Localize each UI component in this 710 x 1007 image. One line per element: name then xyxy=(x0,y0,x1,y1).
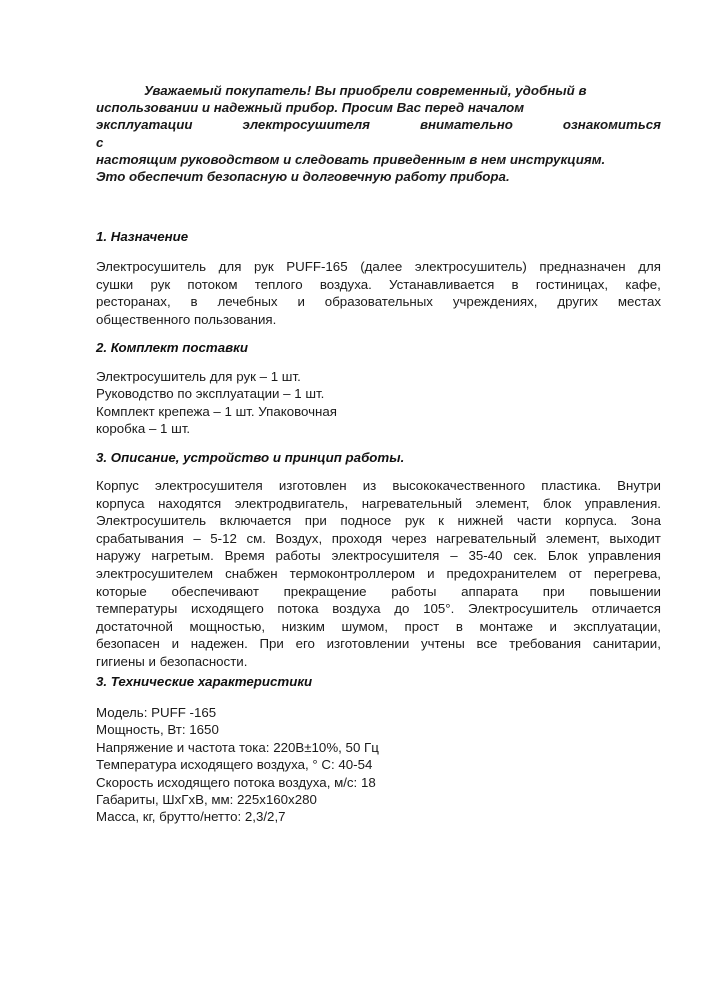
word: 35-40 xyxy=(468,547,502,565)
word: исходящего xyxy=(191,600,264,618)
word: наружу xyxy=(96,547,140,565)
word: подносе xyxy=(340,512,391,530)
spec-item: Модель: PUFF -165 xyxy=(96,704,379,721)
spec-item: Скорость исходящего потока воздуха, м/с:… xyxy=(96,774,379,791)
last-line: гигиены и безопасности. xyxy=(96,653,661,671)
word: При xyxy=(259,635,283,653)
word: выходит xyxy=(609,530,661,548)
intro-paragraph: Уважаемый покупатель! Вы приобрели совре… xyxy=(96,82,661,185)
intro-word: ознакомиться xyxy=(563,116,661,133)
word: снабжен xyxy=(225,565,278,583)
intro-line: использовании и надежный прибор. Просим … xyxy=(96,99,661,116)
word: электродвигатель, xyxy=(235,495,348,513)
section-heading-purpose: 1. Назначение xyxy=(96,229,188,244)
word: PUFF-165 xyxy=(286,258,347,276)
word: – xyxy=(450,547,457,565)
spec-item: Габариты, ШхГхВ, мм: 225х160х280 xyxy=(96,791,379,808)
word: элемент, xyxy=(476,495,530,513)
word: все xyxy=(476,635,497,653)
word: Электросушитель xyxy=(96,258,206,276)
word: перегрева, xyxy=(594,565,661,583)
word: Электросушитель xyxy=(468,600,578,618)
word: проходя xyxy=(332,530,382,548)
word: безопасен xyxy=(96,635,160,653)
word: управления. xyxy=(585,495,661,513)
word: см. xyxy=(246,530,265,548)
word: блок xyxy=(543,495,571,513)
word: аппарата xyxy=(461,583,518,601)
intro-word: внимательно xyxy=(420,116,513,133)
word: отличается xyxy=(592,600,661,618)
word: через xyxy=(392,530,427,548)
justified-line: ЭлектросушительдлярукPUFF-165(далееэлект… xyxy=(96,258,661,276)
intro-line: настоящим руководством и следовать приве… xyxy=(96,151,661,168)
word: изготовлении xyxy=(327,635,410,653)
word: высококачественного xyxy=(392,477,525,495)
justified-line: корпусанаходятсяэлектродвигатель,нагрева… xyxy=(96,495,661,513)
intro-line: Это обеспечит безопасную и долговечную р… xyxy=(96,168,661,185)
word: пластика. xyxy=(541,477,601,495)
justified-line: которыеобеспечиваютпрекращениеработыаппа… xyxy=(96,583,661,601)
word: включается xyxy=(220,512,292,530)
word: работы xyxy=(276,547,321,565)
word: до xyxy=(394,600,409,618)
word: ресторанах, xyxy=(96,293,171,311)
word: надежен. xyxy=(191,635,248,653)
word: от xyxy=(569,565,582,583)
word: температуры xyxy=(96,600,177,618)
word: для xyxy=(638,258,661,276)
intro-word: электросушителя xyxy=(243,116,371,133)
spec-item: Масса, кг, брутто/нетто: 2,3/2,7 xyxy=(96,808,379,825)
justified-line: сушкирукпотокомтеплоговоздуха.Устанавлив… xyxy=(96,276,661,294)
word: в xyxy=(512,276,519,294)
intro-line-justified: эксплуатации электросушителя внимательно… xyxy=(96,116,661,133)
word: низким xyxy=(282,618,325,636)
word: Зона xyxy=(631,512,661,530)
word: электросушитель) xyxy=(415,258,527,276)
justified-line: Корпусэлектросушителяизготовленизвысокок… xyxy=(96,477,661,495)
word: местах xyxy=(618,293,661,311)
justified-line: достаточноймощностью,низкимшумом,проствм… xyxy=(96,618,661,636)
word: для xyxy=(219,258,242,276)
intro-line: с xyxy=(96,134,661,151)
spec-item: Напряжение и частота тока: 220В±10%, 50 … xyxy=(96,739,379,756)
word: и xyxy=(172,635,179,653)
intro-word: эксплуатации xyxy=(96,116,193,133)
word: потока xyxy=(277,600,318,618)
word: электросушителя xyxy=(332,547,440,565)
word: предохранителем xyxy=(447,565,557,583)
word: воздуха xyxy=(332,600,380,618)
word: рук xyxy=(150,276,170,294)
word: Устанавливается xyxy=(389,276,494,294)
word: обеспечивают xyxy=(171,583,259,601)
word: и xyxy=(550,618,557,636)
package-item: Электросушитель для рук – 1 шт. xyxy=(96,368,337,385)
purpose-paragraph: ЭлектросушительдлярукPUFF-165(далееэлект… xyxy=(96,258,661,328)
word: образовательных xyxy=(325,293,433,311)
word: лечебных xyxy=(218,293,278,311)
word: корпуса. xyxy=(565,512,617,530)
word: Блок xyxy=(548,547,578,565)
description-paragraph: Корпусэлектросушителяизготовленизвысокок… xyxy=(96,477,661,671)
word: шумом, xyxy=(341,618,388,636)
word: Внутри xyxy=(617,477,661,495)
word: находятся xyxy=(158,495,221,513)
word: нагревательный xyxy=(436,530,536,548)
word: теплого xyxy=(255,276,303,294)
last-line: общественного пользования. xyxy=(96,311,661,329)
word: мощностью, xyxy=(190,618,266,636)
word: Время xyxy=(225,547,265,565)
word: его xyxy=(296,635,315,653)
word: (далее xyxy=(360,258,402,276)
word: термоконтроллером xyxy=(290,565,415,583)
word: работы xyxy=(391,583,436,601)
word: монтаже xyxy=(479,618,533,636)
intro-line: Уважаемый покупатель! Вы приобрели совре… xyxy=(96,82,661,99)
word: корпуса xyxy=(96,495,145,513)
word: элемент, xyxy=(546,530,600,548)
word: в xyxy=(456,618,463,636)
package-item: коробка – 1 шт. xyxy=(96,420,337,437)
word: требования xyxy=(509,635,581,653)
word: в xyxy=(191,293,198,311)
word: рук xyxy=(405,512,425,530)
word: – xyxy=(193,530,200,548)
word: потоком xyxy=(187,276,237,294)
word: достаточной xyxy=(96,618,173,636)
word: предназначен xyxy=(539,258,625,276)
justified-line: Электросушительвключаетсяприподносеруккн… xyxy=(96,512,661,530)
section-heading-package: 2. Комплект поставки xyxy=(96,340,248,355)
word: 5-12 xyxy=(210,530,237,548)
word: прекращение xyxy=(284,583,367,601)
word: учтены xyxy=(421,635,465,653)
word: электросушителем xyxy=(96,565,213,583)
word: и xyxy=(427,565,434,583)
justified-line: срабатывания–5-12см.Воздух,проходячерезн… xyxy=(96,530,661,548)
word: 105°. xyxy=(423,600,454,618)
specs-list: Модель: PUFF -165 Мощность, Вт: 1650 Нап… xyxy=(96,704,379,826)
word: Корпус xyxy=(96,477,139,495)
justified-line: электросушителемснабжентермоконтроллером… xyxy=(96,565,661,583)
package-item: Комплект крепежа – 1 шт. Упаковочная xyxy=(96,403,337,420)
justified-line: ресторанах,влечебныхиобразовательныхучре… xyxy=(96,293,661,311)
word: повышении xyxy=(589,583,660,601)
word: сушки xyxy=(96,276,133,294)
spec-item: Мощность, Вт: 1650 xyxy=(96,721,379,738)
word: срабатывания xyxy=(96,530,184,548)
package-list: Электросушитель для рук – 1 шт. Руководс… xyxy=(96,368,337,438)
word: нагревательный xyxy=(362,495,462,513)
word: и xyxy=(297,293,304,311)
word: Электросушитель xyxy=(96,512,206,530)
justified-line: температурыисходящегопотокавоздухадо105°… xyxy=(96,600,661,618)
word: сек. xyxy=(513,547,537,565)
word: к xyxy=(438,512,444,530)
word: части xyxy=(517,512,552,530)
word: Воздух, xyxy=(275,530,322,548)
word: нижней xyxy=(458,512,504,530)
word: гостиницах, xyxy=(536,276,608,294)
word: нагретым. xyxy=(151,547,213,565)
word: санитарии, xyxy=(593,635,661,653)
word: учреждениях, xyxy=(453,293,538,311)
word: электросушителя xyxy=(155,477,263,495)
word: прост xyxy=(405,618,440,636)
section-heading-specs: 3. Технические характеристики xyxy=(96,674,312,689)
word: при xyxy=(305,512,327,530)
word: из xyxy=(363,477,377,495)
justified-line: безопасенинадежен.Приегоизготовленииучте… xyxy=(96,635,661,653)
word: изготовлен xyxy=(279,477,347,495)
word: управления xyxy=(588,547,661,565)
word: других xyxy=(557,293,598,311)
spec-item: Температура исходящего воздуха, ° С: 40-… xyxy=(96,756,379,773)
word: эксплуатации, xyxy=(574,618,661,636)
word: кафе, xyxy=(625,276,661,294)
word: рук xyxy=(254,258,274,276)
section-heading-description: 3. Описание, устройство и принцип работы… xyxy=(96,450,404,465)
word: воздуха. xyxy=(320,276,372,294)
word: при xyxy=(543,583,565,601)
justified-line: наружунагретым.Времяработыэлектросушител… xyxy=(96,547,661,565)
word: которые xyxy=(96,583,147,601)
package-item: Руководство по эксплуатации – 1 шт. xyxy=(96,385,337,402)
